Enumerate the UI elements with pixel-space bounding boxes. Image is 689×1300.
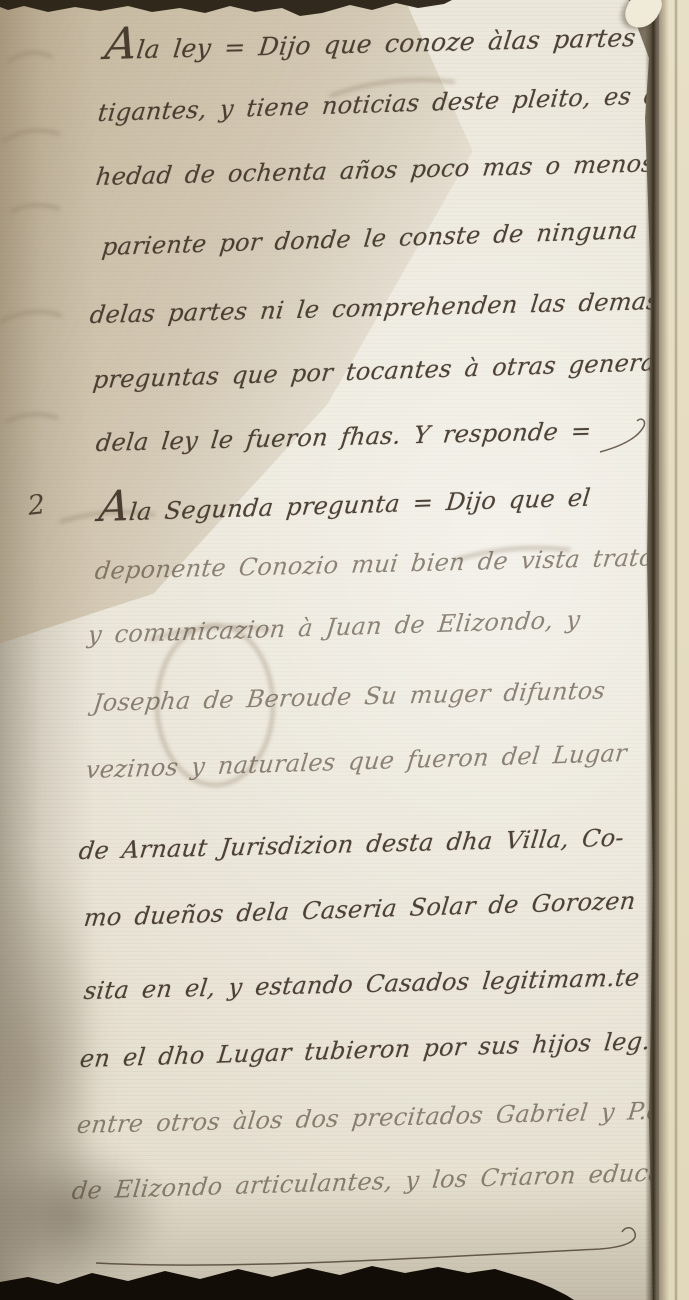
- manuscript-line: Ala ley = Dijo que conoze àlas partes li…: [103, 16, 677, 66]
- manuscript-line: sita en el, y estando Casados legitimam.…: [82, 962, 641, 1006]
- manuscript-line: de Arnaut Jurisdizion desta dha Villa, C…: [77, 823, 626, 866]
- manuscript-line: preguntas que por tocantes à otras gener…: [91, 346, 689, 395]
- manuscript-page: 2 Ala ley = Dijo que conoze àlas partes …: [0, 0, 689, 1300]
- manuscript-line: vezinos y naturales que fueron del Lugar: [84, 738, 628, 785]
- manuscript-line: Ala Segunda pregunta = Dijo que el: [97, 476, 593, 528]
- manuscript-line: Josepha de Beroude Su muger difuntos: [91, 675, 607, 718]
- manuscript-line: entre otros àlos dos precitados Gabriel …: [75, 1095, 689, 1140]
- manuscript-line: mo dueños dela Caseria Solar de Gorozen: [82, 886, 637, 933]
- manuscript-line: en el dho Lugar tubieron por sus hijos l…: [78, 1024, 689, 1074]
- paper-stain-bottom: [0, 1140, 170, 1290]
- adjacent-page-edge: [659, 0, 689, 1300]
- torn-edge-bottom: [0, 1266, 574, 1300]
- manuscript-line: dela ley le fueron fhas. Y responde =: [94, 416, 593, 458]
- manuscript-line: deponente Conozio mui bien de vista trat…: [93, 542, 655, 586]
- margin-question-number: 2: [26, 489, 46, 522]
- page-gutter-shadow: [645, 0, 660, 1300]
- responde-flourish: [600, 419, 644, 452]
- manuscript-scan: 2 Ala ley = Dijo que conoze àlas partes …: [0, 0, 689, 1300]
- manuscript-line: de Elizondo articulantes, y los Criaron …: [70, 1156, 689, 1206]
- torn-edge-top: [0, 0, 452, 16]
- manuscript-line: y comunicazion à Juan de Elizondo, y: [86, 604, 582, 650]
- manuscript-line: pariente por donde le conste de ninguna: [100, 215, 639, 262]
- manuscript-line: delas partes ni le comprehenden las dema…: [88, 286, 661, 330]
- bottom-flourish: [96, 1228, 635, 1265]
- manuscript-line: hedad de ochenta años poco mas o menos, …: [94, 147, 689, 192]
- manuscript-line: tigantes, y tiene noticias deste pleito,…: [96, 80, 676, 128]
